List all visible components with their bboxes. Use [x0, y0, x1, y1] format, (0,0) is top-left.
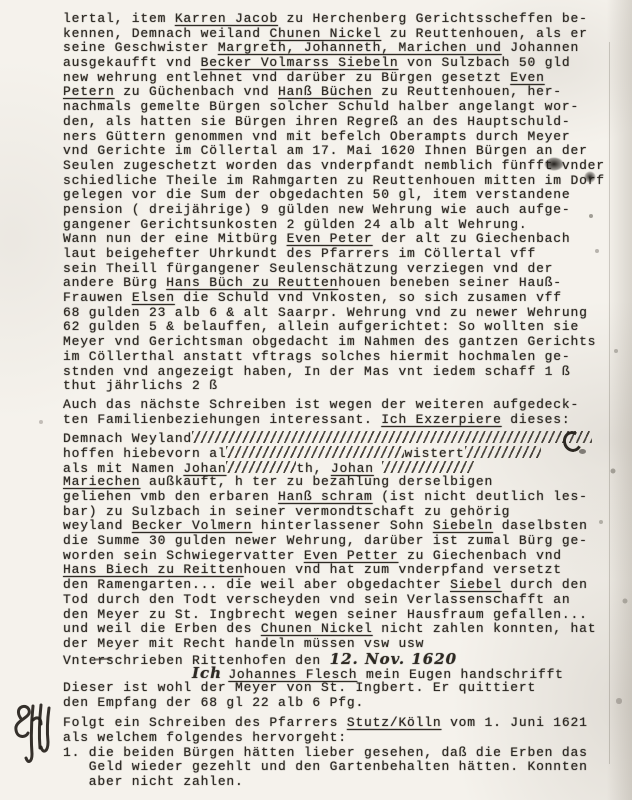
text-line: den Empfang der 68 gl 22 alb 6 Pfg. [63, 696, 619, 711]
text-line: 62 gulden 5 & belauffen, allein aufgeric… [63, 320, 619, 335]
typed-text: von Sulzbach 50 gld [398, 55, 570, 70]
typed-text: der alt zu Giechenbach [373, 231, 571, 246]
strikeout-hatch [226, 446, 404, 458]
typed-text: nachmals gemelte Bürgen solcher Schuld h… [63, 99, 579, 114]
text-line: Seulen zugeschetzt worden das vnderpfand… [63, 159, 619, 174]
text-line: ausgekaufft vnd Becker Volmarss Siebeln … [63, 56, 619, 71]
text-line: weyland Becker Volmern hinterlassener So… [63, 519, 619, 534]
text-line: gangener Gerichtsunkosten 2 gülden 24 al… [63, 218, 619, 233]
typed-text: houen beneben seiner Hauß- [338, 275, 562, 290]
text-line: geliehen vmb den erbaren Hanß schram (is… [63, 490, 619, 505]
text-line: den Meyer zu St. Ingbrecht wegen seiner … [63, 608, 619, 623]
text-line: Demnach Weyland [63, 431, 619, 446]
typed-text: Seulen zugeschetzt worden das vnderpfand… [63, 158, 605, 173]
underlined-name: Chunen Nickel [261, 621, 373, 636]
typed-text: geliehen vmb den erbaren [63, 489, 278, 504]
text-line: nachmals gemelte Bürgen solcher Schuld h… [63, 100, 619, 115]
typed-text: Folgt ein Schreiben des Pfarrers [63, 715, 347, 730]
typed-text: die Schuld vnd Vnkosten, so sich zusamen… [175, 290, 562, 305]
scan-specks [0, 0, 2, 2]
typed-text: Wann nun der eine Mitbürg [63, 231, 287, 246]
typed-text: nicht zahlen konnten, hat [373, 621, 597, 636]
typed-text: Demnach Weyland [63, 431, 192, 446]
text-line: Tod durch den Todt verscheyden vnd sein … [63, 593, 619, 608]
typed-text: zu Giechenbach vnd [398, 548, 561, 563]
typed-text: Johannen [502, 40, 579, 55]
typed-text: durch den [502, 577, 588, 592]
underlined-name: Even [510, 70, 544, 85]
text-line: Petern zu Güchenbach vnd Hanß Büchen zu … [63, 85, 619, 100]
underlined-name: Even Peter [287, 231, 373, 246]
ink-smudge [579, 449, 586, 454]
underlined-name: Becker Volmarss Siebeln [201, 55, 399, 70]
text-line: Wann nun der eine Mitbürg Even Peter der… [63, 232, 619, 247]
typed-text: 62 gulden 5 & belauffen, allein aufgeric… [63, 319, 579, 334]
strikeout-hatch [382, 461, 474, 473]
text-line: pension ( dreijährige) 9 gülden new Wehr… [63, 203, 619, 218]
excerpt-paragraph: Demnach Weylandhoffen hiebevorn alwister… [63, 431, 619, 710]
typed-text: lertal, item [63, 11, 175, 26]
underlined-name: Hans Biech zu Reitten [63, 562, 244, 577]
typed-text: zu Güchenbach vnd [115, 84, 278, 99]
typed-text: (ist nicht deutlich les- [373, 489, 588, 504]
typed-text: zu Herchenberg Gerichtsscheffen be- [278, 11, 588, 26]
underlined-name: Hanß schram [278, 489, 373, 504]
scanned-document-page: lertal, item Karren Jacob zu Herchenberg… [0, 0, 632, 800]
underlined-name: Becker Volmern [132, 518, 252, 533]
text-line: Ich Johannes Flesch mein Eugen handschri… [63, 666, 619, 681]
text-line: gelegen vor die Sum der obgedachten 50 g… [63, 188, 619, 203]
text-line: 1. die beiden Bürgen hätten lieber geseh… [63, 746, 619, 761]
typed-text: thut jährlichs 2 ß [63, 378, 218, 393]
text-line: ten Familienbeziehungen interessant. Ich… [63, 413, 619, 428]
typed-text: new wehrung entlehnet vnd darüber zu Bür… [63, 70, 510, 85]
typed-text: zu Reuttenhouen, her- [373, 84, 562, 99]
text-line: Meyer vnd Gerichtsman obgedacht im Nahme… [63, 335, 619, 350]
text-line: Geld wieder gezehlt und den Gartenbehalt… [63, 760, 619, 775]
text-line: bar) zu Sulzbach in seiner vermondtschaf… [63, 505, 619, 520]
text-line: den Ramengarten... die weil aber obgedac… [63, 578, 619, 593]
underlined-name: Margreth, Johanneth, Marichen und [218, 40, 502, 55]
typed-text: aber nicht zahlen. [63, 774, 244, 789]
typed-text: den Meyer zu St. Ingbrecht wegen seiner … [63, 607, 588, 622]
text-line: 68 gulden 23 alb 6 & alt Saarpr. Wehrung… [63, 306, 619, 321]
text-line: Frauwen Elsen die Schuld vnd Vnkosten, s… [63, 291, 619, 306]
typed-text: als welchem folgendes hervorgeht: [63, 730, 347, 745]
text-line: sein Theill fürgangener Seulenschätzung … [63, 262, 619, 277]
typed-text: ausgekaufft vnd [63, 55, 201, 70]
text-line: im Cöllerthal anstatt vftrags solches hi… [63, 350, 619, 365]
underlined-name: Hans Büch zu Reutten [166, 275, 338, 290]
underlined-name: Karren Jacob [175, 11, 278, 26]
underlined-name: Even Petter [304, 548, 399, 563]
typed-text: die Summe 30 gulden newer Wehrung, darüb… [63, 533, 588, 548]
document-text: lertal, item Karren Jacob zu Herchenberg… [63, 12, 619, 790]
text-line: hoffen hiebevorn alwistert [63, 446, 619, 461]
text-line: thut jährlichs 2 ß [63, 379, 619, 394]
typed-text: Frauwen [63, 290, 132, 305]
typed-text: bar) zu Sulzbach in seiner vermondtschaf… [63, 504, 510, 519]
text-line: new wehrung entlehnet vnd darüber zu Bür… [63, 71, 619, 86]
underlined-name: Hanß Büchen [278, 84, 373, 99]
underlined-name: Stutz/Kölln [347, 715, 442, 730]
strikeout-hatch [192, 431, 592, 443]
typed-text: den Empfang der 68 gl 22 alb 6 Pfg. [63, 695, 364, 710]
text-line: ners Güttern genommen vnd mit befelch Ob… [63, 130, 619, 145]
typed-text: Auch das nächste Schreiben ist wegen der… [63, 397, 579, 412]
text-line: vnd Gerichte im Cöllertal am 17. Mai 162… [63, 144, 619, 159]
typed-text: 1. die beiden Bürgen hätten lieber geseh… [63, 745, 588, 760]
underlined-name: Mariechen [63, 474, 140, 489]
typed-text: ners Güttern genommen vnd mit befelch Ob… [63, 129, 570, 144]
typed-text: laut beigehefter Uhrkundt des Pfarrers i… [63, 246, 536, 261]
underlined-name: Petern [63, 84, 115, 99]
underlined-name: Elsen [132, 290, 175, 305]
typed-text: worden sein Schwiegervatter [63, 548, 304, 563]
text-line: Dieser ist wohl der Meyer von St. Ingber… [63, 681, 619, 696]
typed-text: pension ( dreijährige) 9 gülden new Wehr… [63, 202, 570, 217]
text-line: stnden vnd angezeigt haben, In der Mas v… [63, 365, 619, 380]
typed-text: Meyer vnd Gerichtsman obgedacht im Nahme… [63, 334, 596, 349]
typed-text: den Ramengarten... die weil aber obgedac… [63, 577, 450, 592]
underlined-name: Siebeln [433, 518, 493, 533]
text-line: Hans Biech zu Reittenhouen vnd hat zum v… [63, 563, 619, 578]
handwritten-monogram [6, 698, 58, 776]
typed-text: kennen, Demnach weiland [63, 26, 269, 41]
typed-text: schiedliche Theile im Rahmgarten zu Reut… [63, 173, 605, 188]
text-line: lertal, item Karren Jacob zu Herchenberg… [63, 12, 619, 27]
text-line: andere Bürg Hans Büch zu Reuttenhouen be… [63, 276, 619, 291]
text-line: Vnterschrieben Rittenhofen den 12. Nov. … [63, 652, 619, 667]
text-line: als welchem folgendes hervorgeht: [63, 731, 619, 746]
typed-text: hoffen hiebevorn al [63, 446, 226, 461]
underlined-name: Chunen Nickel [269, 26, 381, 41]
typed-text: 68 gulden 23 alb 6 & alt Saarpr. Wehrung… [63, 305, 588, 320]
text-line: laut beigehefter Uhrkundt des Pfarrers i… [63, 247, 619, 262]
typed-text: gangener Gerichtsunkosten 2 gülden 24 al… [63, 217, 527, 232]
typed-text: sein Theill fürgangener Seulenschätzung … [63, 261, 553, 276]
typed-text: außkauft, h ter zu bezahlung derselbigen [140, 474, 493, 489]
typed-text: stnden vnd angezeigt haben, In der Mas v… [63, 364, 570, 379]
text-line: Auch das nächste Schreiben ist wegen der… [63, 398, 619, 413]
text-line: Mariechen außkauft, h ter zu bezahlung d… [63, 475, 619, 490]
commentary-paragraph: Auch das nächste Schreiben ist wegen der… [63, 398, 619, 427]
text-line: Folgt ein Schreiben des Pfarrers Stutz/K… [63, 716, 619, 731]
typed-text: daselbsten [493, 518, 588, 533]
text-line: den, als hatten sie Bürgen ihren Regreß … [63, 115, 619, 130]
scan-edge-line [609, 42, 610, 764]
typed-text: wistert [404, 446, 464, 461]
typed-text: houen vnd hat zum vnderpfand versetzt [244, 562, 562, 577]
typed-text: weyland [63, 518, 132, 533]
typed-text: vom 1. Juni 1621 [441, 715, 587, 730]
typed-text: hinterlassener Sohn [252, 518, 433, 533]
text-line: aber nicht zahlen. [63, 775, 619, 790]
typed-text: andere Bürg [63, 275, 166, 290]
typed-text: gelegen vor die Sum der obgedachten 50 g… [63, 187, 570, 202]
typed-text: seine Geschwister [63, 40, 218, 55]
typed-text: den, als hatten sie Bürgen ihren Regreß … [63, 114, 570, 129]
typed-text: im Cöllerthal anstatt vftrags solches hi… [63, 349, 570, 364]
typed-text: Dieser ist wohl der Meyer von St. Ingber… [63, 680, 536, 695]
text-line: schiedliche Theile im Rahmgarten zu Reut… [63, 174, 619, 189]
typed-text: und weil die Erben des [63, 621, 261, 636]
typed-text: vnd Gerichte im Cöllertal am 17. Mai 162… [63, 143, 588, 158]
underlined-name: Ich Exzerpiere [381, 412, 501, 427]
strikeout-hatch [226, 461, 296, 473]
text-line: kennen, Demnach weiland Chunen Nickel zu… [63, 27, 619, 42]
text-line: worden sein Schwiegervatter Even Petter … [63, 549, 619, 564]
underlined-name: Siebel [450, 577, 502, 592]
typed-text: Tod durch den Todt verscheyden vnd sein … [63, 592, 570, 607]
closing-paragraph: Folgt ein Schreiben des Pfarrers Stutz/K… [63, 716, 619, 789]
typed-text: ten Familienbeziehungen interessant. [63, 412, 381, 427]
text-line: seine Geschwister Margreth, Johanneth, M… [63, 41, 619, 56]
typed-text: zu Reuttenhouen, als er [381, 26, 587, 41]
text-line: und weil die Erben des Chunen Nickel nic… [63, 622, 619, 637]
typed-text: Geld wieder gezehlt und den Gartenbehalt… [63, 759, 588, 774]
text-line: die Summe 30 gulden newer Wehrung, darüb… [63, 534, 619, 549]
text-line: als mit Namen Johanth, Johan [63, 461, 619, 476]
typed-text: dieses: [502, 412, 571, 427]
handwritten-text: 12. Nov. 1620 [330, 650, 457, 668]
strikeout-hatch [465, 446, 541, 458]
main-paragraph: lertal, item Karren Jacob zu Herchenberg… [63, 12, 619, 394]
